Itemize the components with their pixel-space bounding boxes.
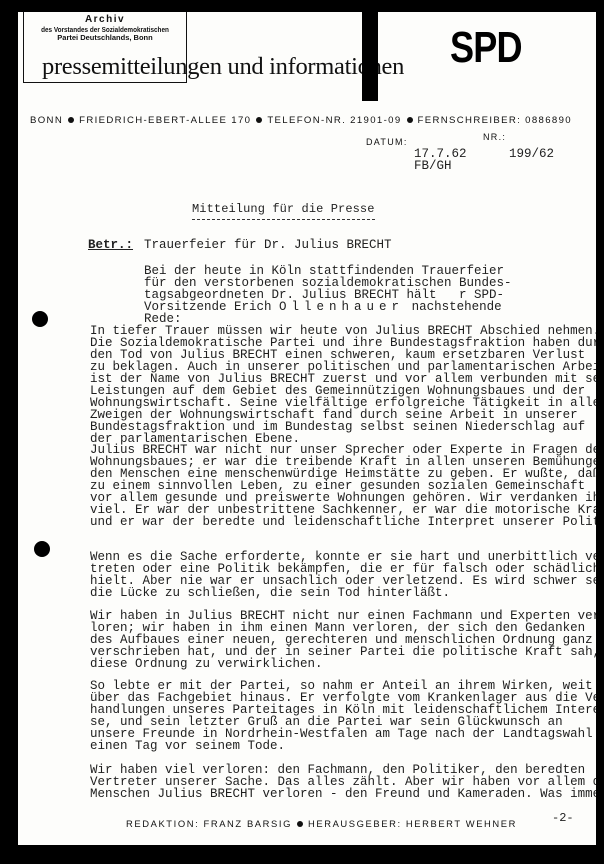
intro-line-part: nachstehende <box>412 300 502 314</box>
address-city: BONN <box>30 115 63 126</box>
bullet-icon <box>407 117 413 123</box>
paragraph-2: Julius BRECHT war nicht nur unser Sprech… <box>90 444 596 528</box>
paragraph-5: So lebte er mit der Partei, so nahm er A… <box>90 680 596 752</box>
document-title: Mitteilung für die Presse <box>192 202 375 220</box>
nr-value: 199/62 <box>509 148 554 160</box>
letterhead-divider-bar <box>362 12 378 101</box>
page-continuation-marker: -2- <box>552 811 574 825</box>
spd-logo-box: SPD <box>378 12 596 101</box>
nr-label: NR.: <box>483 132 506 142</box>
paragraph-1: In tiefer Trauer müssen wir heute von Ju… <box>90 325 596 445</box>
subject-label: Betr.: <box>88 238 133 252</box>
bullet-icon <box>68 117 74 123</box>
intro-line: Vorsitzende Erich Ollenhauer nachstehend… <box>144 301 512 313</box>
punch-hole <box>34 541 50 557</box>
spd-logo: SPD <box>450 26 522 70</box>
stamp-title: Archiv <box>24 14 186 25</box>
address-telex: FERNSCHREIBER: 0886890 <box>418 115 572 126</box>
address-line: BONNFRIEDRICH-EBERT-ALLEE 170TELEFON-NR.… <box>30 115 572 126</box>
intro-paragraph: Bei der heute in Köln stattfindenden Tra… <box>144 265 512 325</box>
datum-label: DATUM: <box>366 137 408 147</box>
paragraph-3: Wenn es die Sache erforderte, konnte er … <box>90 551 596 599</box>
speaker-name: Ollenhauer <box>279 300 404 314</box>
footer-herausgeber: HERAUSGEBER: HERBERT WEHNER <box>308 818 517 829</box>
footer-credits: REDAKTION: FRANZ BARSIGHERAUSGEBER: HERB… <box>126 818 517 829</box>
footer-redaktion: REDAKTION: FRANZ BARSIG <box>126 818 292 829</box>
bullet-icon <box>256 117 262 123</box>
address-phone: TELEFON-NR. 21901-09 <box>267 115 401 126</box>
masthead-title: pressemitteilungen und informationen <box>42 53 404 81</box>
document-page: Archiv des Vorstandes der Sozialdemokrat… <box>18 12 596 845</box>
initials: FB/GH <box>414 160 452 172</box>
paragraph-4: Wir haben in Julius BRECHT nicht nur ein… <box>90 610 596 670</box>
bullet-icon <box>297 821 303 827</box>
paragraph-6: Wir haben viel verloren: den Fachmann, d… <box>90 764 596 800</box>
stamp-line-3: Partei Deutschlands, Bonn <box>24 34 186 42</box>
punch-hole <box>32 311 48 327</box>
subject-text: Trauerfeier für Dr. Julius BRECHT <box>144 238 392 252</box>
address-street: FRIEDRICH-EBERT-ALLEE 170 <box>79 115 251 126</box>
stamp-line-2: des Vorstandes der Sozialdemokratischen <box>36 25 174 34</box>
